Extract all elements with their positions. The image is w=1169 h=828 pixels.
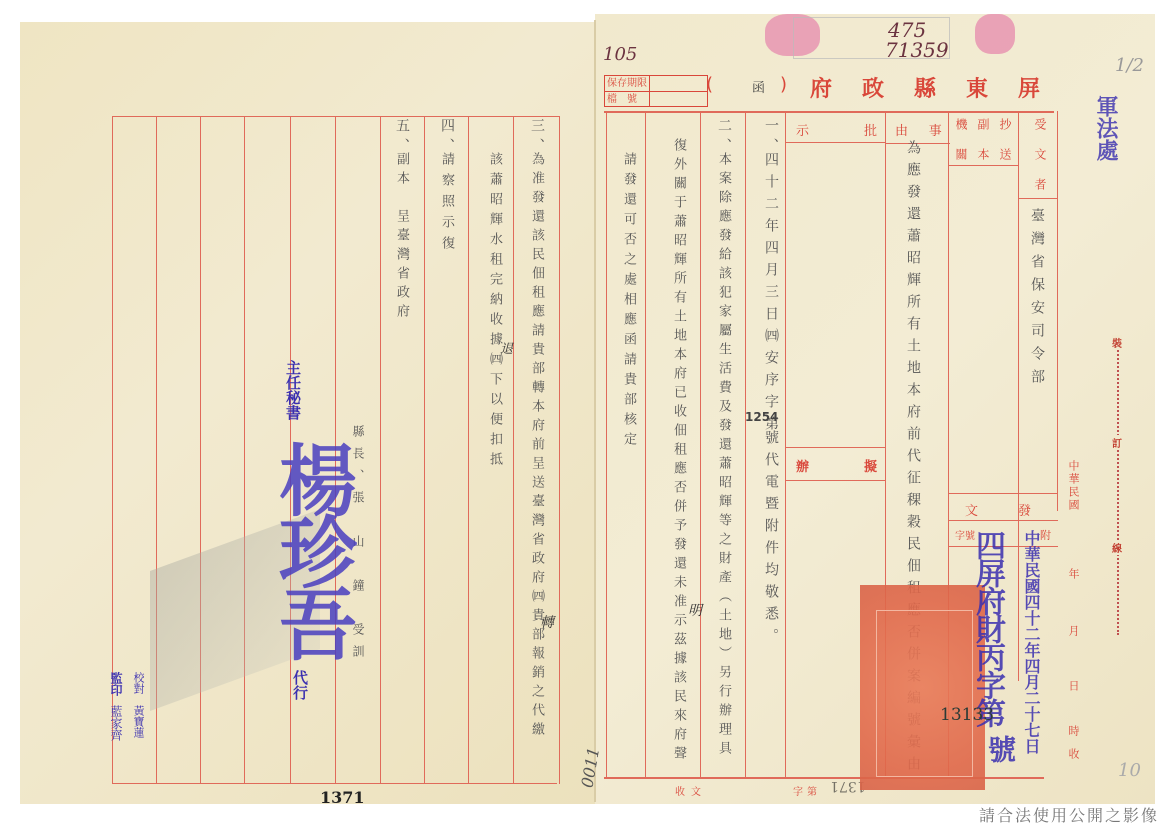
receipt-no-label: 字第 xyxy=(793,783,821,798)
copy-label-col: 副本 xyxy=(975,118,992,178)
retention-box: 保存期限 檔 號 xyxy=(604,75,708,107)
doc-type-paren-open: ( xyxy=(706,74,713,95)
date-col-time: 時收 xyxy=(1065,725,1081,771)
form-col-line xyxy=(700,111,701,779)
item3-annotation-transfer: 轉 xyxy=(540,612,554,632)
item5-text: 副本 呈臺灣省政府 xyxy=(395,152,408,323)
form-col-line xyxy=(606,111,607,779)
title-char: 屏 xyxy=(1018,72,1040,103)
binding-char: 線 xyxy=(1112,540,1122,555)
label-char: 文 xyxy=(965,504,978,519)
page-fold xyxy=(594,20,596,802)
item2-annotation: 明 xyxy=(688,600,702,620)
issuer-title: 府 政 縣 東 屏 xyxy=(810,72,1040,103)
form-col-line xyxy=(745,111,746,779)
copy-label-col: 抄送 xyxy=(997,118,1014,178)
binding-line xyxy=(1117,335,1121,635)
dispatch-number-stamp: 四屏府財丙字第 xyxy=(972,530,1002,726)
dispatch-number-suffix: 號 xyxy=(980,735,1020,763)
seal-inner-border xyxy=(876,610,973,777)
binding-char: 裝 xyxy=(1112,335,1122,350)
item1-text: 四十二年四月三日㈣安序字第 xyxy=(764,152,778,438)
left-col-line xyxy=(244,116,245,784)
date-col-day: 日 xyxy=(1065,680,1081,693)
form-row-line xyxy=(948,493,1058,494)
usage-watermark: 請合法使用公開之影像 xyxy=(979,803,1159,826)
dispatch-date-stamp: 中華民國四十二年四月二十七日 xyxy=(1020,530,1043,754)
seal-label: 監印 xyxy=(108,672,125,696)
item2-col3: 請發還可否之處相應函請貴部核定 xyxy=(622,152,635,452)
form-row-line xyxy=(785,480,885,481)
form-row-line xyxy=(785,447,885,448)
left-col-line xyxy=(380,116,381,784)
form-top-rule xyxy=(604,111,1054,113)
left-col-line xyxy=(424,116,425,784)
item4-text: 請察照示復 xyxy=(440,152,453,257)
doc-type: 函 xyxy=(752,77,765,96)
copy-label-col: 機關 xyxy=(953,118,970,178)
file-number-label: 檔 號 xyxy=(605,92,650,107)
acting-title: 主任秘書 xyxy=(283,360,304,420)
right-margin-mark: 10 xyxy=(1118,760,1141,781)
item2-col1: 本案除應發給該犯家屬生活費及發還蕭昭輝等之財產（土地）另行辦理具 xyxy=(717,152,730,760)
received-label: 收文 xyxy=(675,783,707,798)
seal-name: 藍家齊 xyxy=(108,705,125,741)
left-col-line xyxy=(513,116,514,784)
left-page-number: 1371 xyxy=(320,788,365,807)
form-row-line xyxy=(948,520,1058,521)
subject-label: 由 事 xyxy=(895,120,942,139)
label-char: 事 xyxy=(929,124,942,139)
form-col-line xyxy=(785,111,786,779)
binding-char: 訂 xyxy=(1112,435,1122,450)
date-col-year: 年 xyxy=(1065,568,1081,581)
draft-label: 辦擬 xyxy=(796,456,877,475)
retention-label: 保存期限 xyxy=(605,76,650,91)
recipient-label: 受文者 xyxy=(1032,118,1049,208)
pink-tape-mark xyxy=(975,14,1015,54)
form-col-line xyxy=(1018,111,1019,681)
item1-ref-number: 1254 xyxy=(745,410,778,424)
left-col-line xyxy=(468,116,469,784)
form-col-line xyxy=(645,111,646,779)
label-char: 示 xyxy=(796,124,809,139)
label-char: 發 xyxy=(1018,504,1031,519)
label-char: 批 xyxy=(864,124,877,139)
item3-annotation-return: 退 xyxy=(500,338,513,357)
title-char: 東 xyxy=(966,72,988,103)
acting-signature: 楊珍吾 xyxy=(255,440,367,656)
left-form-top-rule xyxy=(112,116,560,117)
item1-text2: 號代電暨附件均敬悉。 xyxy=(764,430,778,650)
item3-col1: 為准發還該民佃租應請貴部轉本府前呈送臺灣省政府㈣貴部報銷之代繳 xyxy=(530,152,543,741)
item2-col2: 復外關于蕭昭輝所有土地本府已收佃租應否併予發還未准示茲據該民來府聲 xyxy=(672,138,685,765)
label-char: 擬 xyxy=(864,460,877,475)
title-char: 政 xyxy=(862,72,884,103)
handwritten-corner: 1/2 xyxy=(1115,55,1144,76)
recipient-handwritten-stamp: 軍法處 xyxy=(1090,95,1121,161)
date-col-prefix: 中華民國 xyxy=(1065,460,1081,512)
form-row-line xyxy=(785,142,885,143)
handwritten-top-left: 105 xyxy=(603,44,637,65)
recipient-value: 臺灣省保安司令部 xyxy=(1030,208,1044,392)
label-char: 辦 xyxy=(796,460,809,475)
form-col-line xyxy=(1057,111,1058,511)
handwritten-top-number-2: 71359 xyxy=(885,38,949,62)
instruction-label: 示批 xyxy=(796,120,877,139)
dispatch-serial: 13133 xyxy=(940,705,994,725)
dispatch-label: 文發 xyxy=(965,500,1031,519)
proofread-name: 黃寶蓮 xyxy=(130,705,146,738)
doc-type-paren-close: ) xyxy=(780,74,787,95)
left-col-line xyxy=(559,116,560,784)
acting-suffix: 代行 xyxy=(290,670,311,700)
label-char: 由 xyxy=(895,124,908,139)
title-char: 府 xyxy=(810,72,832,103)
date-col-month: 月 xyxy=(1065,625,1081,638)
item3-col2: 該蕭昭輝水租完納收據㈣下以便扣抵 xyxy=(488,152,501,472)
title-char: 縣 xyxy=(914,72,936,103)
proofread-label: 校對 xyxy=(130,672,146,694)
